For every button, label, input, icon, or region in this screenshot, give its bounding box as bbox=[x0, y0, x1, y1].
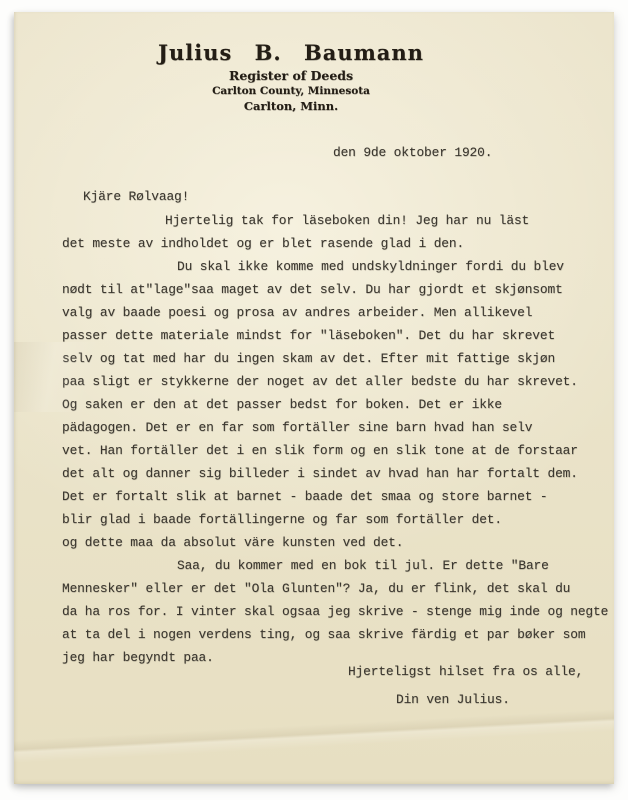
letterhead-name: Julius B. Baumann bbox=[14, 41, 568, 64]
signature-line: Din ven Julius. bbox=[396, 692, 510, 707]
letter-body-line: Hjertelig tak for läseboken din! Jeg har… bbox=[62, 209, 608, 232]
letter-body-line: at ta del i nogen verdens ting, og saa s… bbox=[62, 623, 608, 646]
letter-body-line: og dette maa da absolut väre kunsten ved… bbox=[62, 531, 608, 554]
letter-body-line: det meste av indholdet og er blet rasend… bbox=[62, 232, 608, 255]
letter-body-line: valg av baade poesi og prosa av andres a… bbox=[62, 301, 608, 324]
letter-body-line: Og saken er den at det passer bedst for … bbox=[62, 393, 608, 416]
salutation: Kjäre Rølvaag! bbox=[83, 189, 189, 204]
letter-body-line: paa sligt er stykkerne der noget av det … bbox=[62, 370, 608, 393]
letterhead-city: Carlton, Minn. bbox=[14, 99, 568, 113]
date-line: den 9de oktober 1920. bbox=[333, 145, 492, 160]
letter-body-line: vet. Han fortäller det i en slik form og… bbox=[62, 439, 608, 462]
letter-page: Julius B. Baumann Register of Deeds Carl… bbox=[14, 12, 614, 784]
letter-body-line: Mennesker" eller er det "Ola Glunten"? J… bbox=[62, 577, 608, 600]
letter-body-line: Saa, du kommer med en bok til jul. Er de… bbox=[62, 554, 608, 577]
letterhead: Julius B. Baumann Register of Deeds Carl… bbox=[14, 12, 614, 113]
letter-body-line: selv og tat med har du ingen skam av det… bbox=[62, 347, 608, 370]
letterhead-title: Register of Deeds bbox=[14, 68, 568, 83]
paper-crease-bottom bbox=[14, 700, 614, 770]
closing-line: Hjerteligst hilset fra os alle, bbox=[348, 664, 583, 679]
letter-body-line: blir glad i baade fortällingerne og far … bbox=[62, 508, 608, 531]
letter-body-line: det alt og danner sig billeder i sindet … bbox=[62, 462, 608, 485]
scan-background: Julius B. Baumann Register of Deeds Carl… bbox=[0, 0, 628, 800]
letterhead-county: Carlton County, Minnesota bbox=[14, 85, 568, 98]
letter-body-line: nødt til at"lage"saa maget av det selv. … bbox=[62, 278, 608, 301]
letter-body-line: da ha ros for. I vinter skal ogsaa jeg s… bbox=[62, 600, 608, 623]
letter-body-line: Det er fortalt slik at barnet - baade de… bbox=[62, 485, 608, 508]
letter-body-line: Du skal ikke komme med undskyldninger fo… bbox=[62, 255, 608, 278]
letter-body-line: pädagogen. Det er en far som fortäller s… bbox=[62, 416, 608, 439]
letter-body-line: passer dette materiale mindst for "läseb… bbox=[62, 324, 608, 347]
letter-body: Hjertelig tak for läseboken din! Jeg har… bbox=[62, 209, 608, 669]
